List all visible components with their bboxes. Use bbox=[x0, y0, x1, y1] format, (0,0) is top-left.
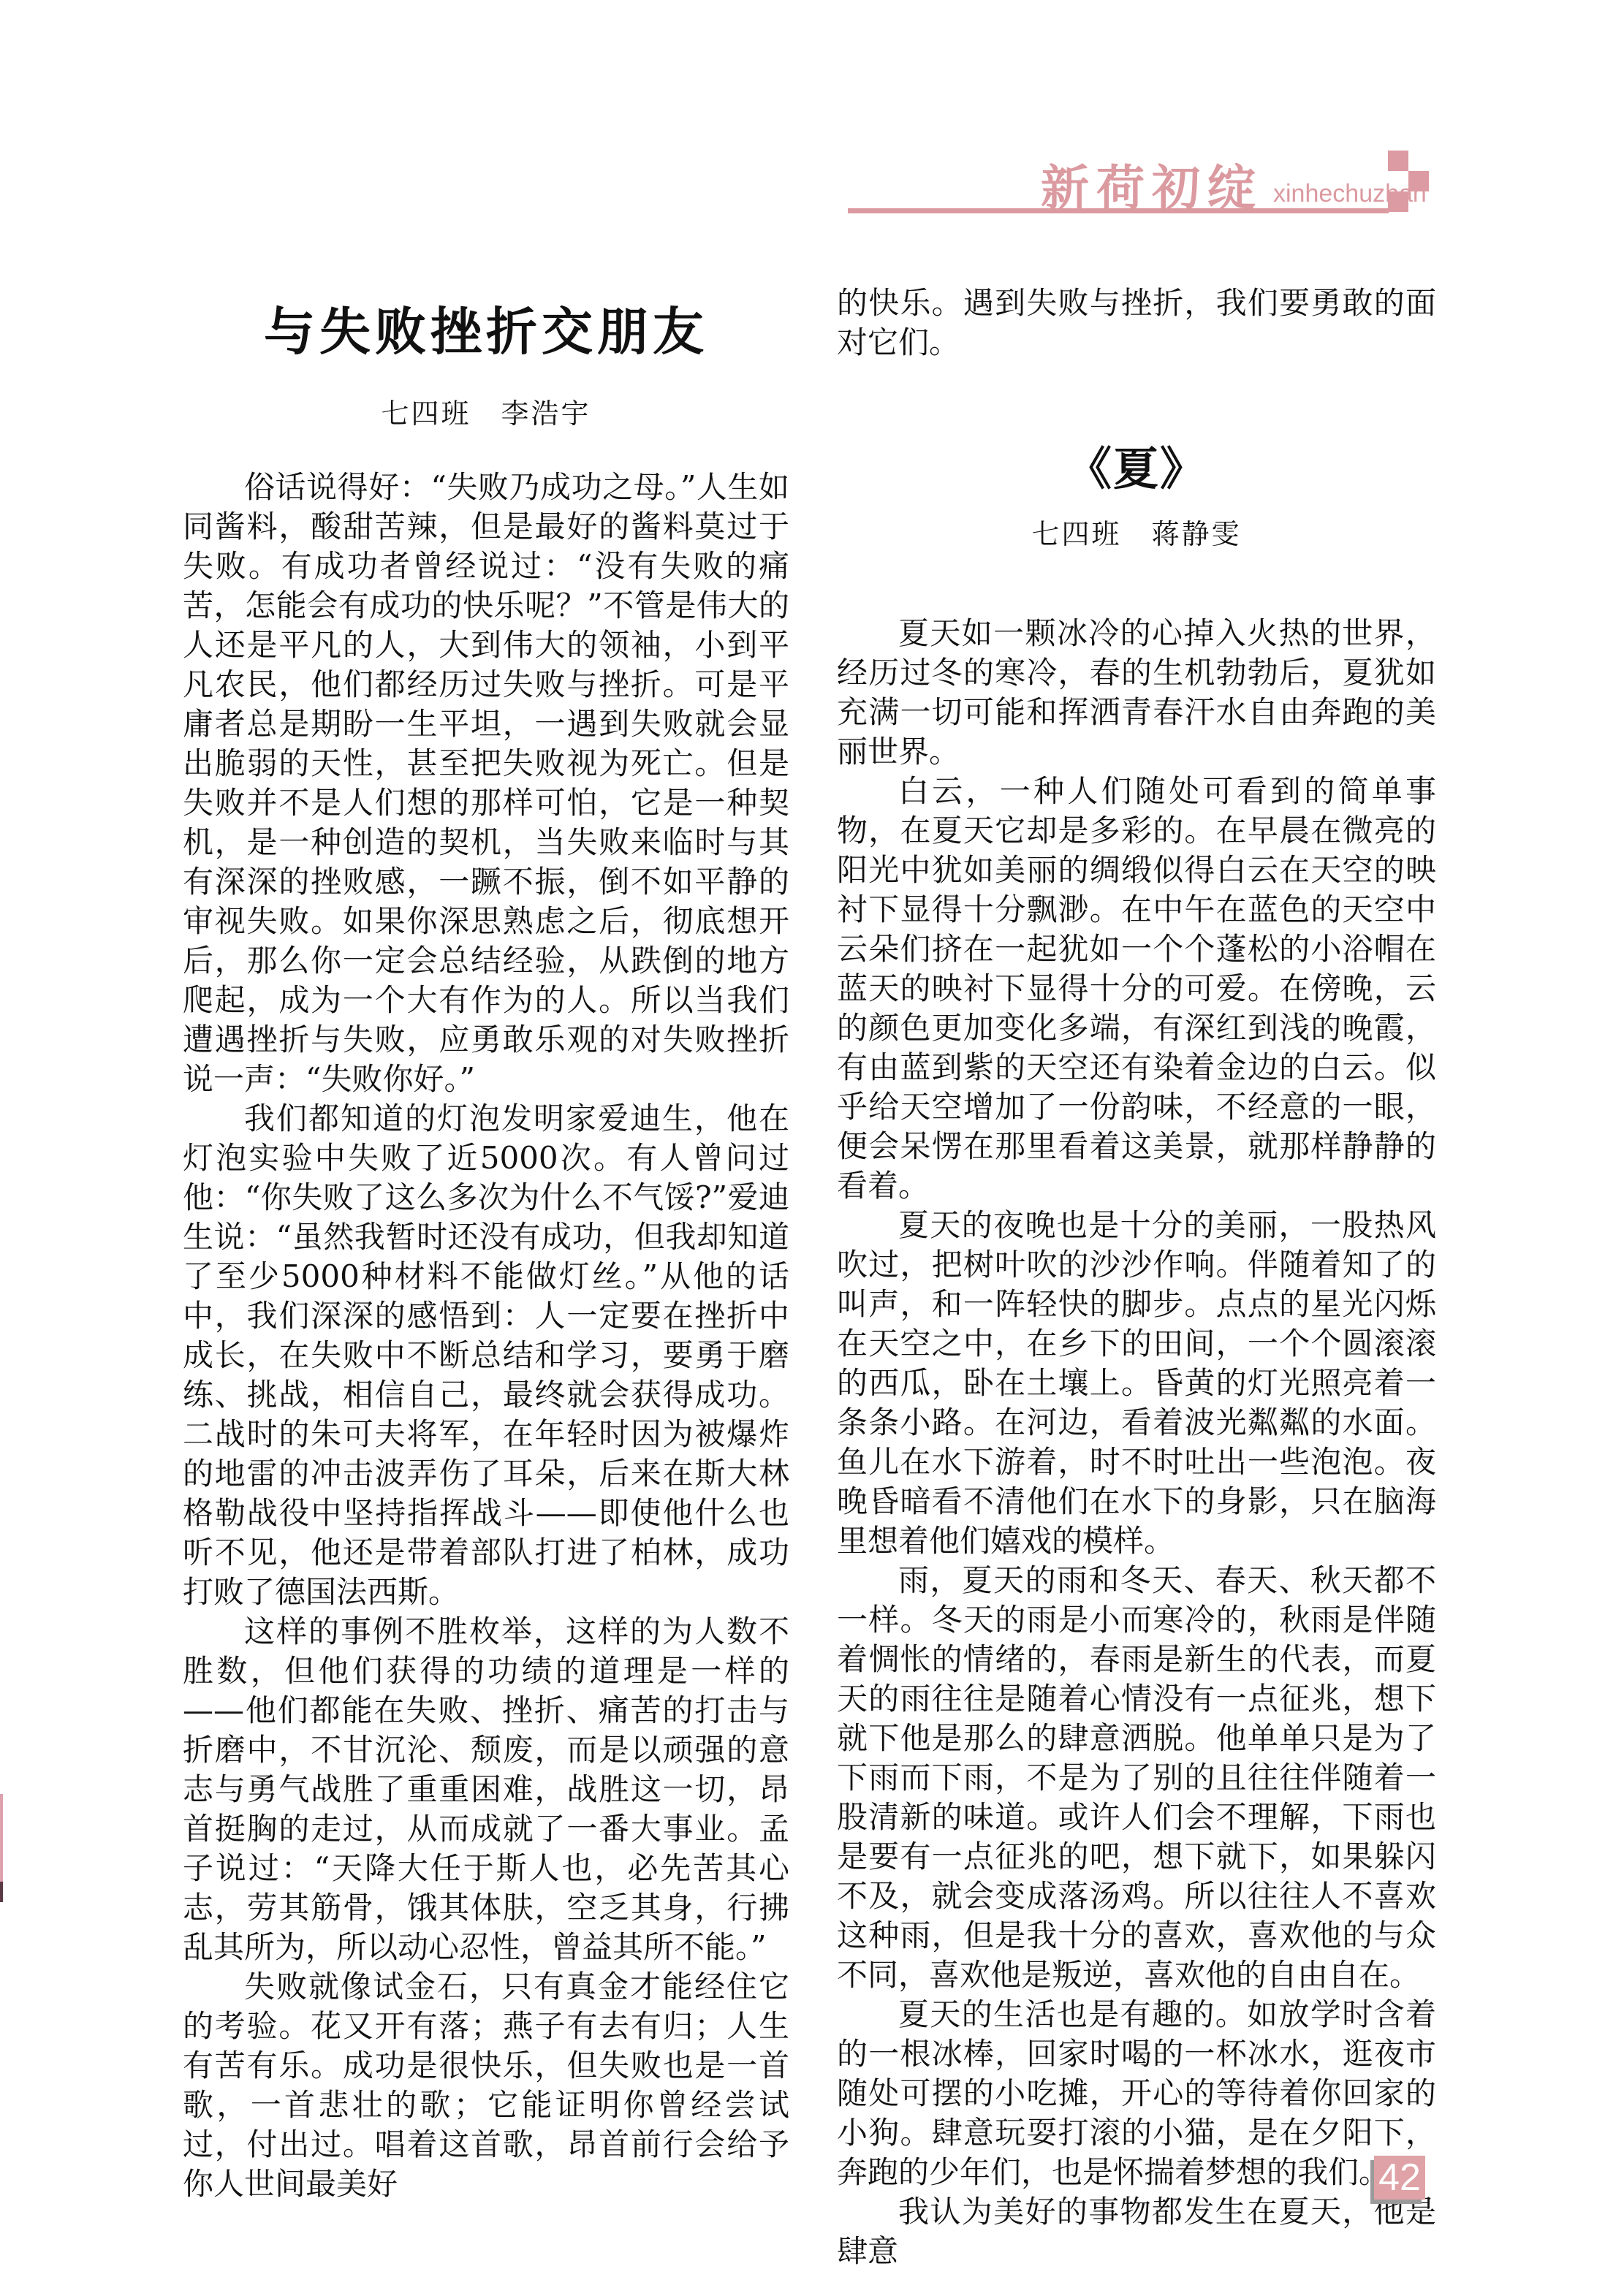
paragraph: 夏天的夜晚也是十分的美丽，一股热风吹过，把树叶吹的沙沙作响。伴随着知了的叫声，和… bbox=[837, 1206, 1436, 1561]
paragraph: 的快乐。遇到失败与挫折，我们要勇敢的面对它们。 bbox=[837, 284, 1436, 362]
paragraph: 我认为美好的事物都发生在夏天，他是肆意 bbox=[837, 2192, 1436, 2271]
right-article-author: 七四班 蒋静雯 bbox=[837, 512, 1436, 552]
paragraph: 雨，夏天的雨和冬天、春天、秋天都不一样。冬天的雨是小而寒冷的，秋雨是伴随着惆怅的… bbox=[837, 1561, 1436, 1995]
paragraph: 白云，一种人们随处可看到的简单事物，在夏天它却是多彩的。在早晨在微亮的阳光中犹如… bbox=[837, 772, 1436, 1206]
left-article-author: 七四班 李浩宇 bbox=[183, 391, 789, 431]
left-article-body: 俗话说得好：“失败乃成功之母。”人生如同酱料，酸甜苦辣，但是最好的酱料莫过于失败… bbox=[183, 468, 789, 2204]
header-decoration-square bbox=[1388, 191, 1408, 212]
page-number-badge: 42 bbox=[1374, 2156, 1425, 2200]
paragraph: 我们都知道的灯泡发明家爱迪生，他在灯泡实验中失败了近5000次。有人曾问过他：“… bbox=[183, 1099, 789, 1612]
right-article-title: 《夏》 bbox=[837, 433, 1436, 498]
page-edge-artifact bbox=[0, 1882, 3, 1902]
paragraph: 夏天的生活也是有趣的。如放学时含着的一根冰棒，回家时喝的一杯冰水，逛夜市随处可摆… bbox=[837, 1995, 1436, 2192]
paragraph: 俗话说得好：“失败乃成功之母。”人生如同酱料，酸甜苦辣，但是最好的酱料莫过于失败… bbox=[183, 468, 789, 1099]
paragraph: 夏天如一颗冰冷的心掉入火热的世界，经历过冬的寒冷，春的生机勃勃后，夏犹如充满一切… bbox=[837, 614, 1436, 772]
left-article-title: 与失败挫折交朋友 bbox=[183, 291, 789, 365]
paragraph: 这样的事例不胜枚举，这样的为人数不胜数，但他们获得的功绩的道理是一样的——他们都… bbox=[183, 1612, 789, 1967]
paragraph: 失败就像试金石，只有真金才能经住它的考验。花又开有落；燕子有去有归；人生有苦有乐… bbox=[183, 1967, 789, 2204]
left-article-continuation: 的快乐。遇到失败与挫折，我们要勇敢的面对它们。 bbox=[837, 284, 1436, 362]
header-decoration-square bbox=[1388, 151, 1408, 171]
header-decoration-square bbox=[1408, 171, 1429, 191]
header-rule bbox=[848, 208, 1389, 213]
page-edge-artifact bbox=[0, 1794, 3, 1882]
right-article-body: 夏天如一颗冰冷的心掉入火热的世界，经历过冬的寒冷，春的生机勃勃后，夏犹如充满一切… bbox=[837, 614, 1436, 2271]
